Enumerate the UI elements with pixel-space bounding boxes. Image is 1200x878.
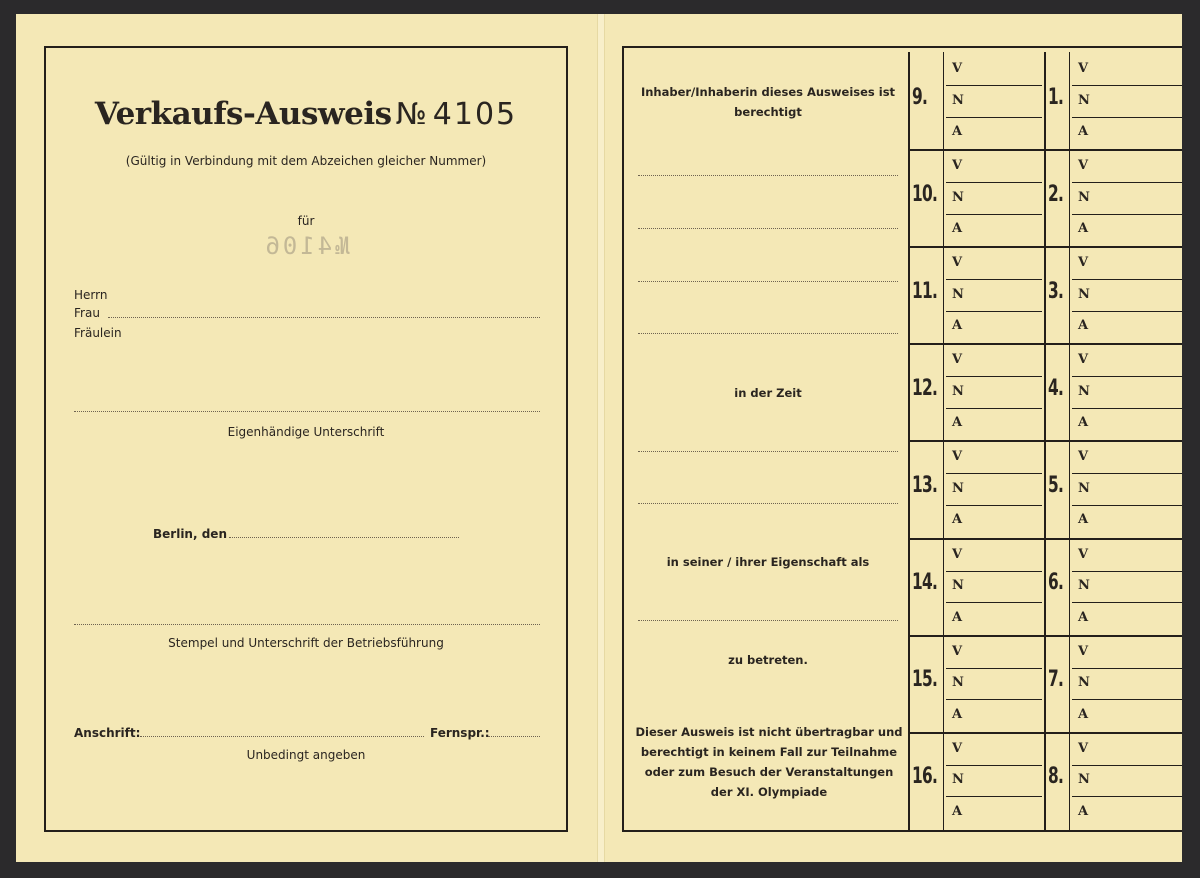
enter-label: zu betreten.	[630, 650, 906, 670]
checkpoint-cell-v[interactable]: V	[1072, 248, 1182, 280]
checkpoint-number: 2.	[1048, 182, 1072, 207]
phone-label: Fernspr.:	[430, 726, 490, 740]
checkpoint-cell-n[interactable]: N	[1072, 474, 1182, 506]
checkpoint-cell-n[interactable]: N	[946, 474, 1042, 506]
checkpoint-number: 3.	[1048, 279, 1072, 304]
checkpoint-number: 1.	[1048, 85, 1072, 110]
checkpoint-cell-n[interactable]: N	[1072, 280, 1182, 312]
checkpoint-cell-n[interactable]: N	[1072, 668, 1182, 700]
checkpoint-cell-v[interactable]: V	[1072, 442, 1182, 474]
document-title: Verkaufs-Ausweis№4105	[44, 96, 568, 132]
checkpoint-cell-v[interactable]: V	[946, 248, 1042, 280]
checkpoint-number: 12.	[912, 376, 936, 401]
phone-field[interactable]	[488, 736, 540, 737]
checkpoint-cell-n[interactable]: N	[946, 765, 1042, 797]
number-prefix: №	[396, 97, 429, 132]
checkpoint-number: 8.	[1048, 764, 1072, 789]
checkpoint-cell-v[interactable]: V	[946, 442, 1042, 474]
checkpoint-cell-a[interactable]: A	[946, 797, 1042, 829]
holder-intro: Inhaber/Inhaberin dieses Ausweises ist b…	[630, 82, 906, 122]
checkpoint-cell-v[interactable]: V	[946, 54, 1042, 86]
stamped-number: №4106	[44, 232, 568, 260]
checkpoint-cell-n[interactable]: N	[946, 183, 1042, 215]
checkpoint-cell-a[interactable]: A	[946, 408, 1042, 440]
document-number: 4105	[433, 97, 517, 132]
checkpoint-cell-a[interactable]: A	[946, 214, 1042, 246]
checkpoint-cell-a[interactable]: A	[1072, 117, 1182, 149]
checkpoint-cell-n[interactable]: N	[946, 668, 1042, 700]
time-field-1[interactable]	[638, 451, 898, 452]
checkpoint-number: 4.	[1048, 376, 1072, 401]
checkpoint-cell-v[interactable]: V	[1072, 540, 1182, 572]
checkpoint-cell-n[interactable]: N	[1072, 183, 1182, 215]
salutation-herrn: Herrn	[74, 288, 107, 302]
date-field[interactable]	[229, 537, 459, 538]
checkpoint-cell-v[interactable]: V	[946, 637, 1042, 669]
address-label: Anschrift:	[74, 726, 140, 740]
checkpoint-cell-v[interactable]: V	[946, 734, 1042, 766]
checkpoint-cell-a[interactable]: A	[946, 505, 1042, 537]
checkpoint-number: 9.	[912, 85, 936, 110]
address-note: Unbedingt angeben	[44, 748, 568, 762]
checkpoint-cell-v[interactable]: V	[1072, 734, 1182, 766]
name-field[interactable]	[108, 317, 540, 318]
signature-caption: Eigenhändige Unterschrift	[44, 425, 568, 439]
checkpoint-cell-v[interactable]: V	[946, 151, 1042, 183]
checkpoint-number: 13.	[912, 473, 936, 498]
checkpoint-cell-a[interactable]: A	[946, 700, 1042, 732]
checkpoint-number: 5.	[1048, 473, 1072, 498]
checkpoint-number: 16.	[912, 764, 936, 789]
permission-field-4[interactable]	[638, 333, 898, 334]
time-label: in der Zeit	[630, 383, 906, 403]
checkpoint-cell-a[interactable]: A	[1072, 408, 1182, 440]
checkpoint-number: 7.	[1048, 667, 1072, 692]
time-field-2[interactable]	[638, 503, 898, 504]
checkpoint-cell-a[interactable]: A	[1072, 214, 1182, 246]
checkpoint-cell-a[interactable]: A	[1072, 311, 1182, 343]
signature-field[interactable]	[74, 411, 540, 412]
address-field[interactable]	[140, 736, 424, 737]
checkpoint-number: 11.	[912, 279, 936, 304]
salutation-frau: Frau	[74, 306, 100, 320]
checkpoint-cell-n[interactable]: N	[946, 86, 1042, 118]
checkpoint-cell-v[interactable]: V	[1072, 151, 1182, 183]
checkpoint-number: 14.	[912, 570, 936, 595]
checkpoint-cell-v[interactable]: V	[1072, 637, 1182, 669]
page-fold	[597, 14, 605, 862]
checkpoint-number: 6.	[1048, 570, 1072, 595]
capacity-field[interactable]	[638, 620, 898, 621]
validity-note: (Gültig in Verbindung mit dem Abzeichen …	[44, 154, 568, 168]
checkpoint-cell-v[interactable]: V	[1072, 54, 1182, 86]
permission-field-3[interactable]	[638, 281, 898, 282]
checkpoint-cell-a[interactable]: A	[946, 117, 1042, 149]
salutation-fraeulein: Fräulein	[74, 326, 122, 340]
checkpoint-cell-n[interactable]: N	[1072, 377, 1182, 409]
fuer-label: für	[44, 214, 568, 228]
checkpoint-cell-a[interactable]: A	[1072, 797, 1182, 829]
checkpoint-cell-n[interactable]: N	[946, 280, 1042, 312]
checkpoint-number: 10.	[912, 182, 936, 207]
checkpoint-cell-a[interactable]: A	[1072, 700, 1182, 732]
transfer-notice: Dieser Ausweis ist nicht übertragbar und…	[634, 722, 904, 802]
checkpoint-cell-n[interactable]: N	[946, 571, 1042, 603]
title-text: Verkaufs-Ausweis	[95, 96, 392, 132]
checkpoint-cell-n[interactable]: N	[1072, 765, 1182, 797]
capacity-label: in seiner / ihrer Eigenschaft als	[630, 552, 906, 572]
stamp-caption: Stempel und Unterschrift der Betriebsfüh…	[44, 636, 568, 650]
checkpoint-cell-n[interactable]: N	[1072, 571, 1182, 603]
checkpoint-cell-a[interactable]: A	[946, 603, 1042, 635]
checkpoint-cell-v[interactable]: V	[946, 540, 1042, 572]
checkpoint-number: 15.	[912, 667, 936, 692]
checkpoint-cell-v[interactable]: V	[1072, 345, 1182, 377]
berlin-label: Berlin, den	[153, 527, 227, 541]
checkpoint-cell-n[interactable]: N	[946, 377, 1042, 409]
stamp-signature-field[interactable]	[74, 624, 540, 625]
checkpoint-cell-n[interactable]: N	[1072, 86, 1182, 118]
permission-field-1[interactable]	[638, 175, 898, 176]
permission-field-2[interactable]	[638, 228, 898, 229]
checkpoint-cell-a[interactable]: A	[1072, 603, 1182, 635]
checkpoint-cell-a[interactable]: A	[946, 311, 1042, 343]
checkpoint-cell-v[interactable]: V	[946, 345, 1042, 377]
checkpoint-cell-a[interactable]: A	[1072, 505, 1182, 537]
